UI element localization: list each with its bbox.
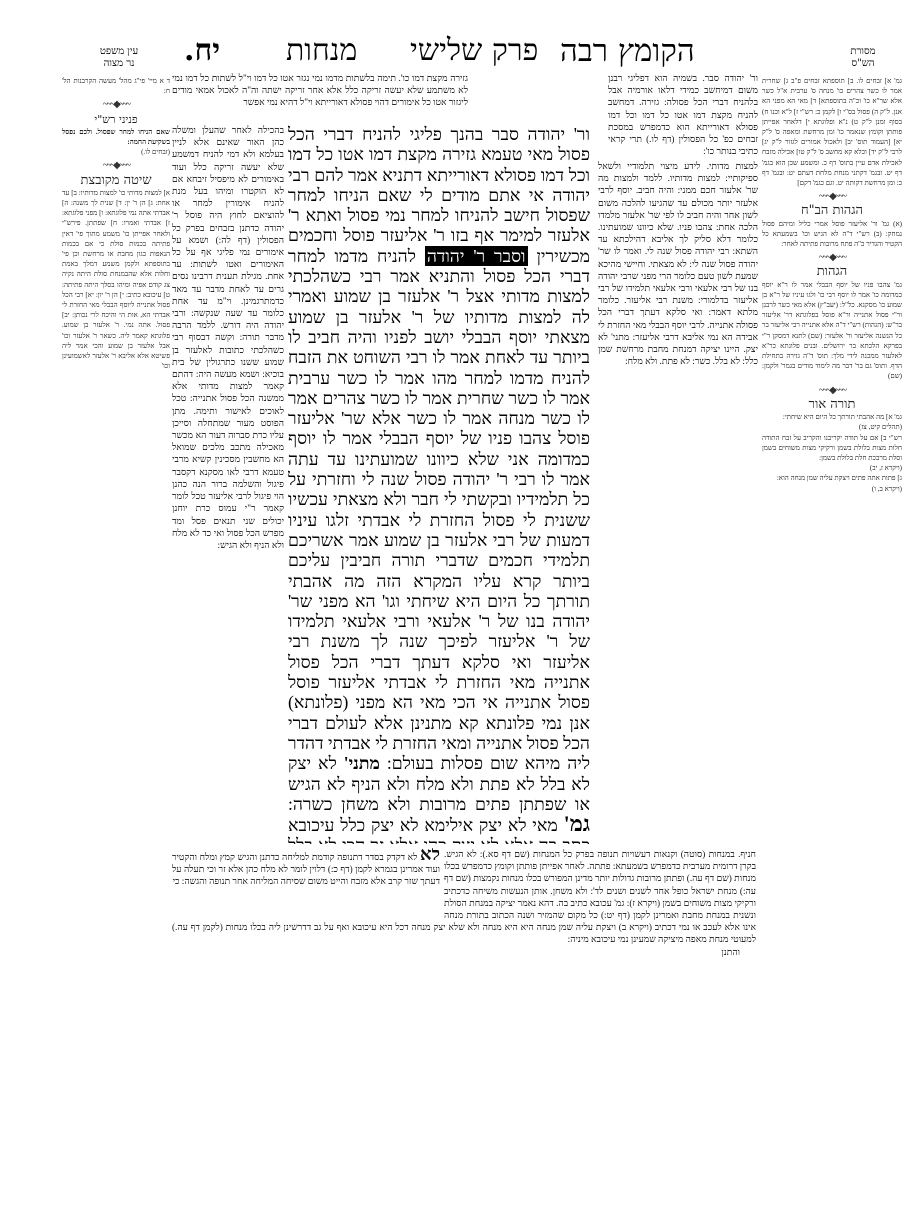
ornament-divider: ~~~◆~~~ bbox=[62, 100, 170, 110]
hagahot-bach-text: (א) גמ' ור' אליעזר פוסל אמרי כליל ומיהם … bbox=[762, 219, 902, 250]
hashas-label: הש"ס bbox=[838, 58, 888, 70]
torah-or-rashi: רש"י ב] אם על תודה יקריבנו והקריב על זבח… bbox=[762, 433, 902, 464]
daf-number: יח. bbox=[184, 34, 220, 68]
penini-rashi-ref: (זבחים לו.) bbox=[62, 147, 170, 157]
ornament-divider: ~~~◆~~~ bbox=[762, 192, 902, 202]
rashi-side-text: למצות מדותי. לידע מיצוי תלמודיי ולשאל ספ… bbox=[598, 161, 758, 366]
rashi-top-text: ור' יהודה סבר. בשמיה הוא דפליגי רבנן משו… bbox=[608, 73, 758, 156]
hagahot-title: הגהות bbox=[762, 267, 902, 277]
torah-or-text: גמ' א] מה אהבתי תורתך כל היום היא שיחתי: bbox=[762, 412, 902, 422]
gemara-text: ור' יהודה סבר בהנך פליגי להניח דברי הכל … bbox=[288, 124, 590, 844]
ner-mitzva-label: נר מצוה bbox=[84, 58, 154, 70]
rashi-bottom-float-spacer bbox=[172, 848, 444, 912]
mishnah-label: מתני' bbox=[344, 753, 380, 773]
rashi-bottom: חניף. במנחות (סוטה) וקנאות דעשויות תנופה… bbox=[172, 848, 756, 988]
tosafot-top: גזירה מקצת דמו כו'. תימה בלשתות מדמו נמי… bbox=[172, 72, 468, 124]
rashi-column: למצות מדותי. לידע מיצוי תלמודיי ולשאל ספ… bbox=[598, 160, 758, 845]
highlighted-phrase[interactable]: וסבר ר' יהודה bbox=[425, 246, 528, 266]
ornament-divider: ~~~◆~~~ bbox=[762, 253, 902, 263]
ornament-divider: ~~~◆~~~ bbox=[762, 386, 902, 396]
shita-mekubetzet-text: א] למצות מדותי כו' למצות מדותיו: ב] עד א… bbox=[62, 188, 170, 372]
gemara-before: ור' יהודה סבר בהנך פליגי להניח דברי הכל … bbox=[288, 124, 590, 266]
torah-or-ref: (ויקרא ז, יב) bbox=[762, 463, 902, 473]
shita-mekubetzet-title: שיטה מקובצת bbox=[62, 176, 170, 186]
masoret-entries: גמ' א] זבחים לו. ב] תוספתא זבחים פ"ב ג] … bbox=[762, 76, 902, 188]
torah-or-title: תורה אור bbox=[762, 400, 902, 410]
penini-rashi-text: שאם הניחו למחר שפסול. ולכם נפסל בשקיעת ה… bbox=[62, 127, 170, 147]
tractate-name: מנחות bbox=[286, 34, 357, 68]
left-margin: ד א מיי' פי"ג מהל' מעשה הקרבנות הל' ח: ~… bbox=[62, 76, 170, 596]
chapter-name: הקומץ רבה bbox=[560, 34, 695, 68]
torah-or-ref: (ויקרא ב, ו) bbox=[762, 484, 902, 494]
penini-rashi-title: פניני רש"י bbox=[62, 115, 170, 125]
torah-or-text2: ג] פתות אתה פתים ויצקת עליה שמן מנחה הוא… bbox=[762, 473, 902, 483]
hagahot-bach-title: הגהות הב"ח bbox=[762, 206, 902, 216]
rashi-top: ור' יהודה סבר. בשמיה הוא דפליגי רבנן משו… bbox=[608, 72, 758, 160]
ein-mishpat-label: עין משפט bbox=[84, 46, 154, 58]
gemara-label: גמ' bbox=[564, 811, 590, 836]
torah-or-ref: (תהלים קיט, צז) bbox=[762, 422, 902, 432]
ein-mishpat-header: עין משפט נר מצוה bbox=[84, 46, 154, 70]
tosafot-side-text: בהכילה לאחר שהעלן ומשלה כהן האור שאינם א… bbox=[172, 125, 284, 550]
ein-mishpat-entry: ד א מיי' פי"ג מהל' מעשה הקרבנות הל' ח: bbox=[62, 76, 170, 96]
ornament-divider: ~~~◆~~~ bbox=[62, 161, 170, 171]
gemara-after: להניח מדמו למחר דברי הכל פסול והתניא אמר… bbox=[288, 246, 590, 773]
masoret-label: מסורת bbox=[838, 46, 888, 58]
chapter-number: פרק שלישי bbox=[410, 34, 538, 68]
right-margin: גמ' א] זבחים לו. ב] תוספתא זבחים פ"ב ג] … bbox=[762, 76, 902, 1036]
masoret-hashas-header: מסורת הש"ס bbox=[838, 46, 888, 70]
tosafot-top-text: גזירה מקצת דמו כו'. תימה בלשתות מדמו נמי… bbox=[172, 73, 468, 107]
gemara-tail: מאי לא יצק אילימא לא יצק כלל עיכובא כתב … bbox=[288, 815, 590, 844]
tosafot-column: בהכילה לאחר שהעלן ומשלה כהן האור שאינם א… bbox=[172, 124, 284, 846]
hagahot-text: גמ' צהבו פניו של יוסף הבבלי אמר לו ר"א י… bbox=[762, 280, 902, 382]
rashi-bottom-catchword: והתנן bbox=[172, 946, 740, 958]
